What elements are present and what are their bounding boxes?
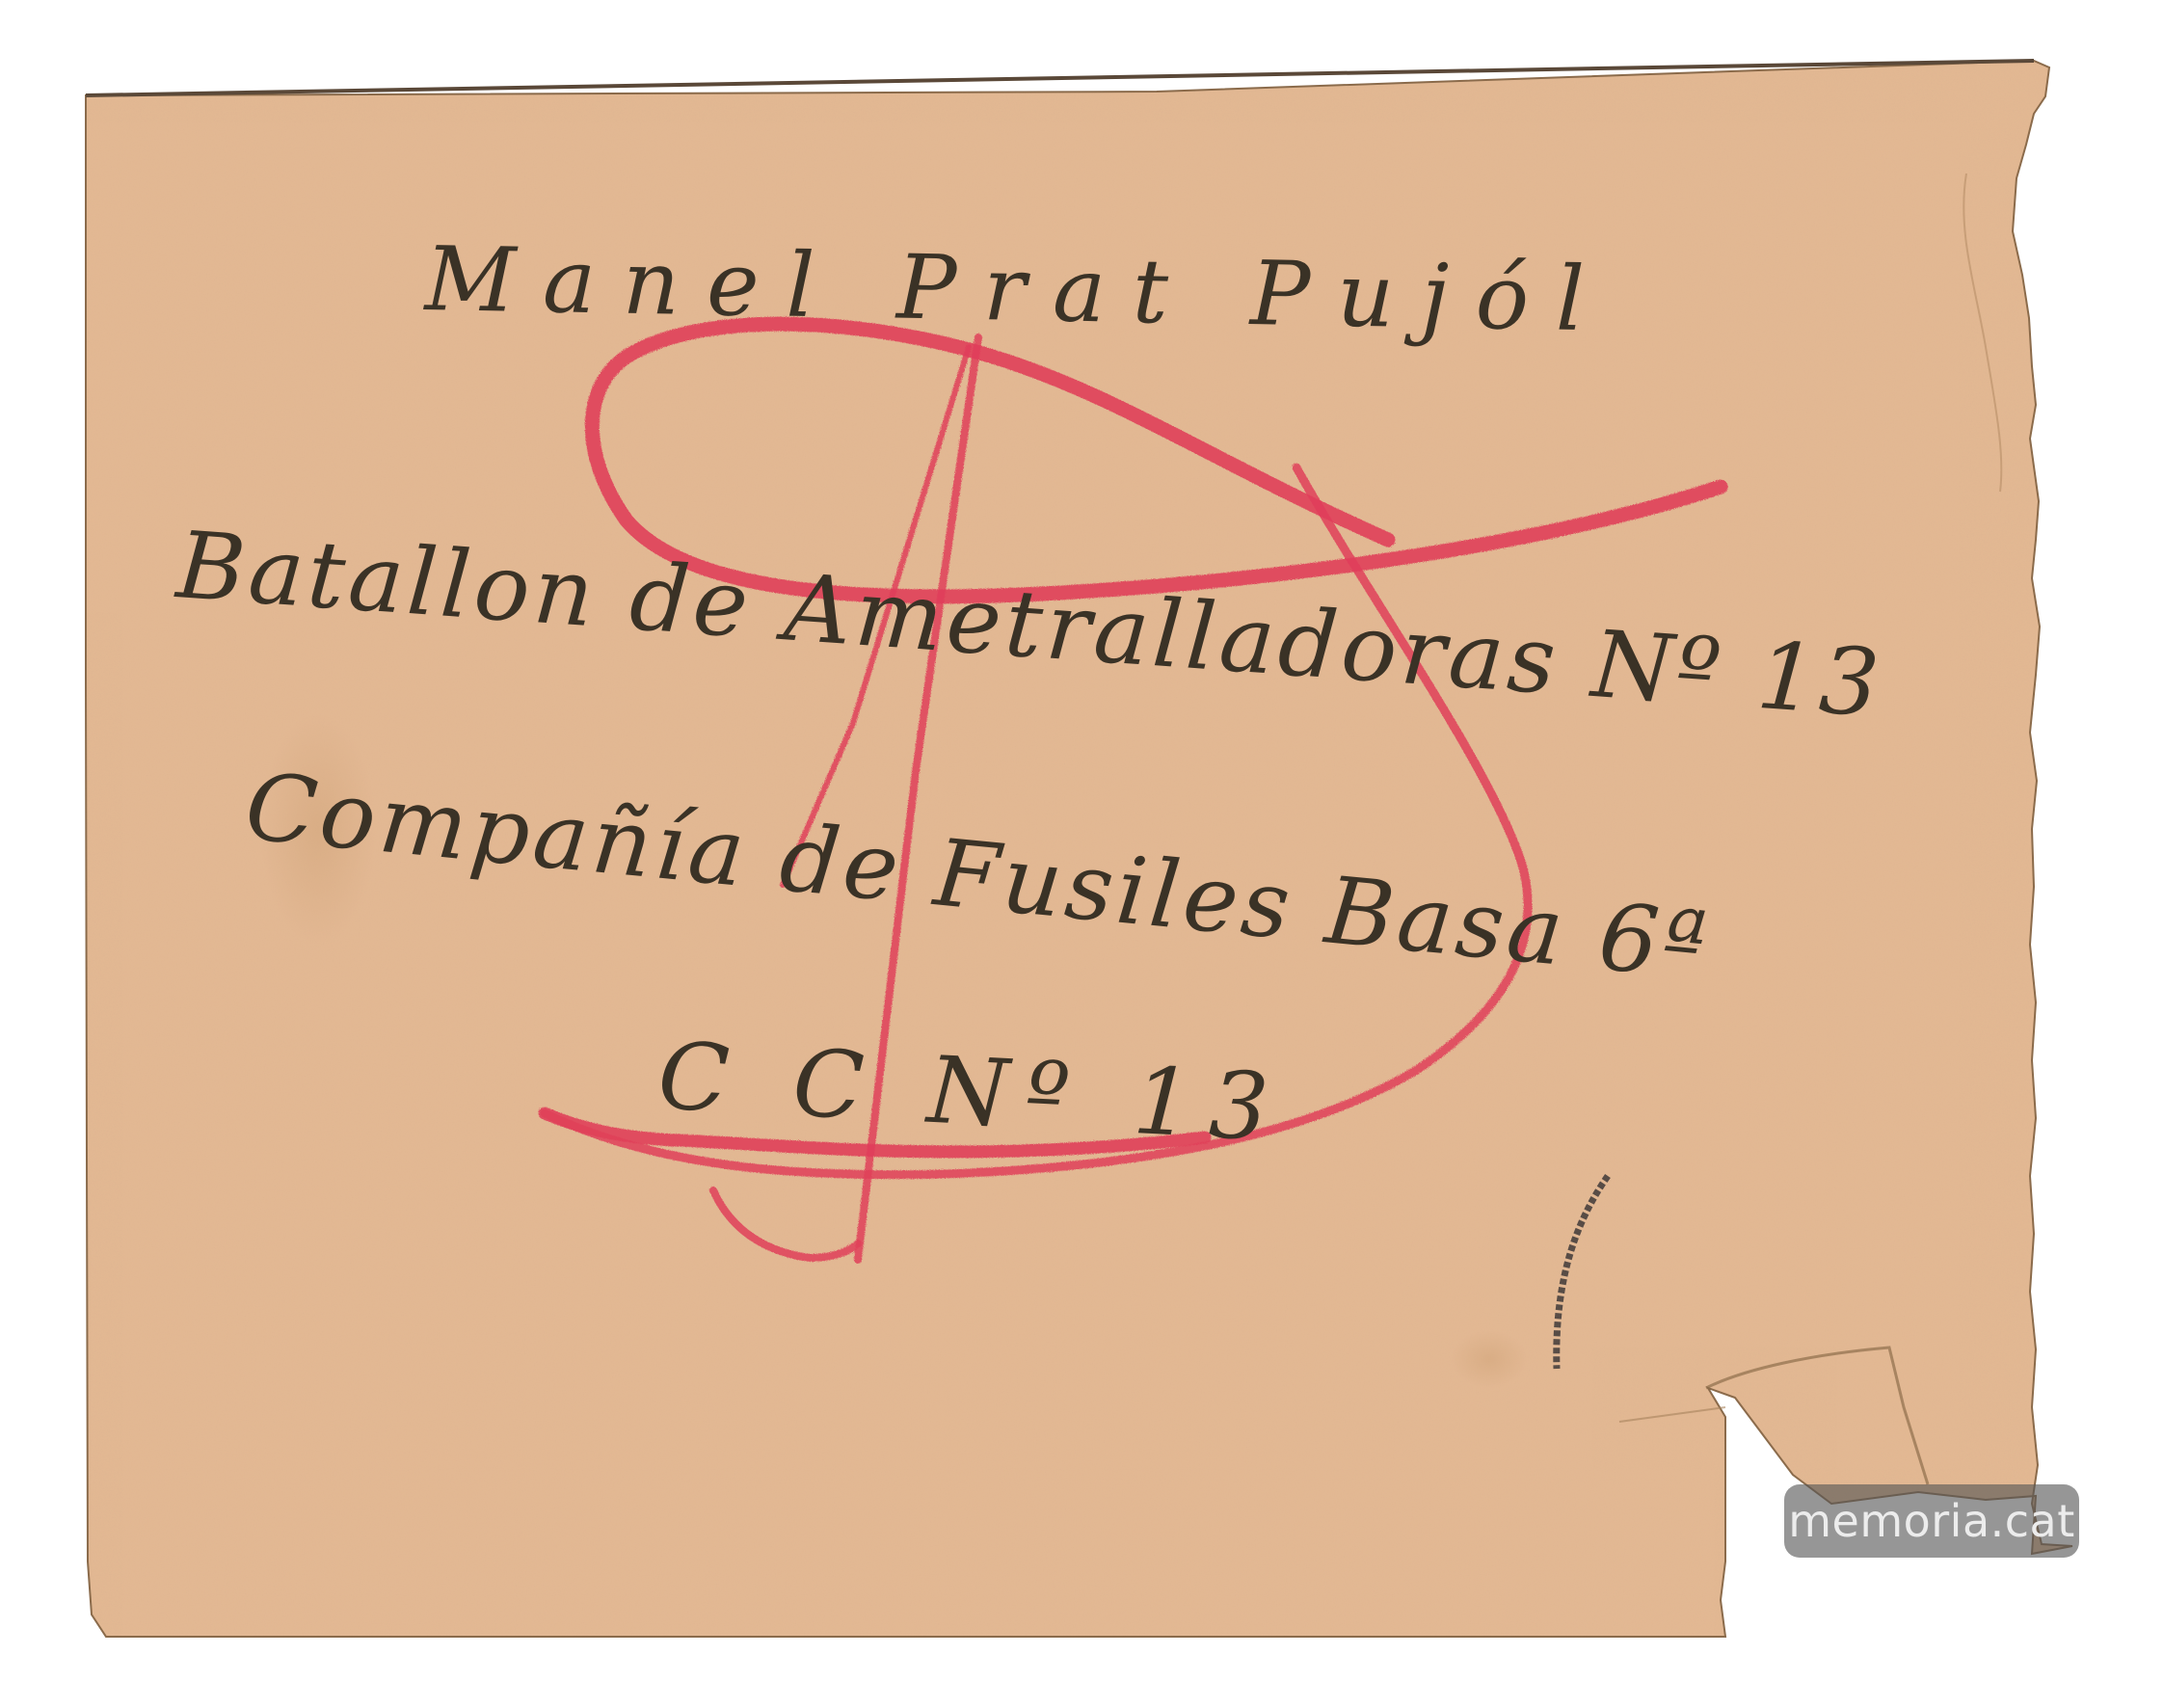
watermark-badge[interactable]: memoria.cat: [1784, 1484, 2079, 1558]
paper-stain: [1451, 1330, 1528, 1388]
watermark-text: memoria.cat: [1788, 1495, 2075, 1547]
address-line-name: Manel Prat Pujól: [424, 227, 1613, 351]
